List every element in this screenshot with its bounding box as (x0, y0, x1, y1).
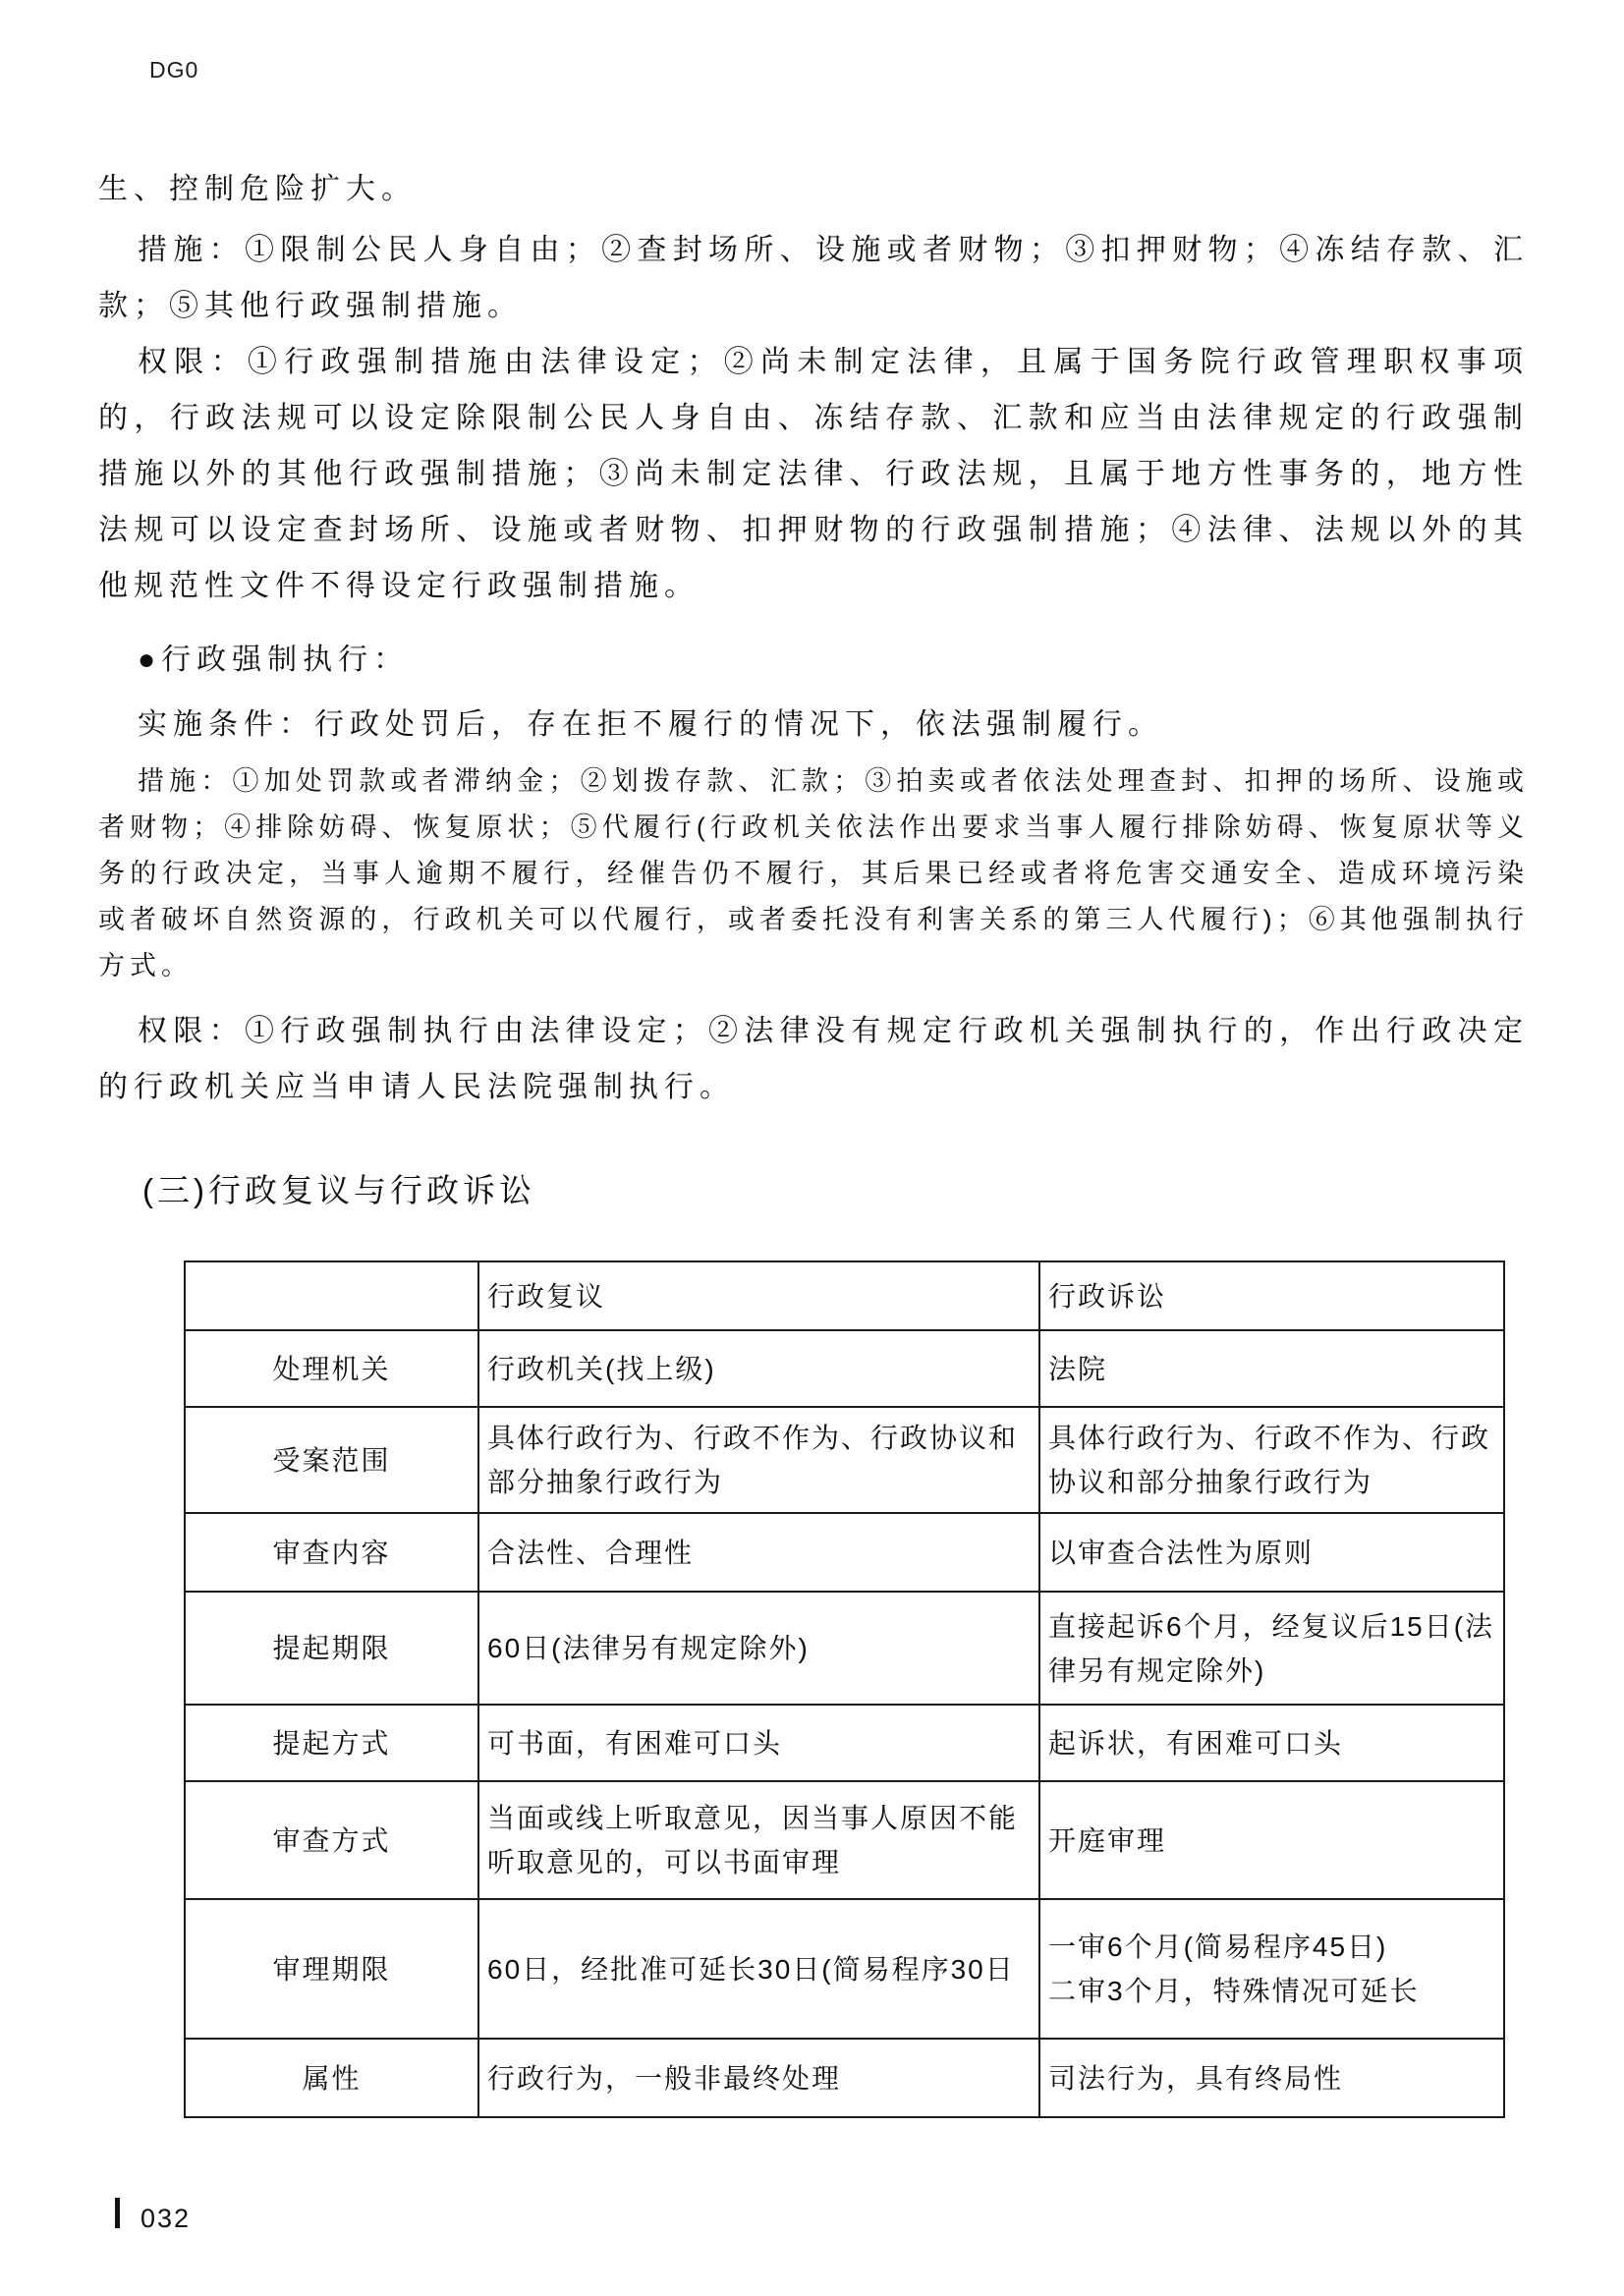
table-header-row: 行政复议 行政诉讼 (185, 1261, 1504, 1330)
comparison-table: 行政复议 行政诉讼 处理机关 行政机关(找上级) 法院 受案范围 具体行政行为、… (184, 1260, 1505, 2118)
paragraph-enforcement-measures: 措施：①加处罚款或者滞纳金；②划拨存款、汇款；③拍卖或者依法处理查封、扣押的场所… (98, 758, 1529, 989)
table-row: 处理机关 行政机关(找上级) 法院 (185, 1330, 1504, 1407)
cell-fuyi: 具体行政行为、行政不作为、行政协议和部分抽象行政行为 (478, 1407, 1039, 1513)
table-row: 受案范围 具体行政行为、行政不作为、行政协议和部分抽象行政行为 具体行政行为、行… (185, 1407, 1504, 1513)
paragraph-conditions: 实施条件：行政处罚后，存在拒不履行的情况下，依法强制履行。 (98, 697, 1529, 753)
page-number: 032 (140, 2204, 191, 2234)
cell-susong: 司法行为，具有终局性 (1039, 2039, 1504, 2117)
footer-divider (115, 2198, 120, 2228)
table-row: 审查内容 合法性、合理性 以审查合法性为原则 (185, 1513, 1504, 1592)
paragraph-measures: 措施：①限制公民人身自由；②查封场所、设施或者财物；③扣押财物；④冻结存款、汇款… (98, 222, 1529, 334)
table-row: 审理期限 60日，经批准可延长30日(简易程序30日 一审6个月(简易程序45日… (185, 1899, 1504, 2039)
row-label: 审理期限 (185, 1899, 478, 2039)
row-label: 审查内容 (185, 1513, 478, 1592)
cell-susong: 一审6个月(简易程序45日) 二审3个月，特殊情况可延长 (1039, 1899, 1504, 2039)
row-label: 属性 (185, 2039, 478, 2117)
paragraph-bullet-enforcement: ●行政强制执行： (98, 632, 1529, 688)
doc-code: DG0 (149, 57, 198, 84)
paragraph-continuation: 生、控制危险扩大。 (98, 161, 1529, 217)
row-label: 审查方式 (185, 1781, 478, 1899)
section-heading: (三)行政复议与行政诉讼 (98, 1165, 1529, 1211)
cell-fuyi: 行政机关(找上级) (478, 1330, 1039, 1407)
cell-susong: 法院 (1039, 1330, 1504, 1407)
cell-fuyi: 60日，经批准可延长30日(简易程序30日 (478, 1899, 1039, 2039)
header-fuyi: 行政复议 (478, 1261, 1039, 1330)
table-row: 审查方式 当面或线上听取意见，因当事人原因不能听取意见的，可以书面审理 开庭审理 (185, 1781, 1504, 1899)
paragraph-authority: 权限：①行政强制措施由法律设定；②尚未制定法律，且属于国务院行政管理职权事项的，… (98, 334, 1529, 614)
row-label: 处理机关 (185, 1330, 478, 1407)
cell-susong: 开庭审理 (1039, 1781, 1504, 1899)
cell-fuyi: 当面或线上听取意见，因当事人原因不能听取意见的，可以书面审理 (478, 1781, 1039, 1899)
header-susong: 行政诉讼 (1039, 1261, 1504, 1330)
cell-fuyi: 行政行为，一般非最终处理 (478, 2039, 1039, 2117)
table-row: 属性 行政行为，一般非最终处理 司法行为，具有终局性 (185, 2039, 1504, 2117)
cell-fuyi: 60日(法律另有规定除外) (478, 1592, 1039, 1705)
cell-susong: 直接起诉6个月，经复议后15日(法律另有规定除外) (1039, 1592, 1504, 1705)
row-label: 受案范围 (185, 1407, 478, 1513)
cell-fuyi: 合法性、合理性 (478, 1513, 1039, 1592)
header-empty-cell (185, 1261, 478, 1330)
cell-susong: 以审查合法性为原则 (1039, 1513, 1504, 1592)
cell-susong: 起诉状，有困难可口头 (1039, 1705, 1504, 1781)
row-label: 提起期限 (185, 1592, 478, 1705)
cell-susong: 具体行政行为、行政不作为、行政协议和部分抽象行政行为 (1039, 1407, 1504, 1513)
paragraph-enforcement-authority: 权限：①行政强制执行由法律设定；②法律没有规定行政机关强制执行的，作出行政决定的… (98, 1003, 1529, 1115)
table-row: 提起期限 60日(法律另有规定除外) 直接起诉6个月，经复议后15日(法律另有规… (185, 1592, 1504, 1705)
cell-fuyi: 可书面，有困难可口头 (478, 1705, 1039, 1781)
row-label: 提起方式 (185, 1705, 478, 1781)
table-row: 提起方式 可书面，有困难可口头 起诉状，有困难可口头 (185, 1705, 1504, 1781)
